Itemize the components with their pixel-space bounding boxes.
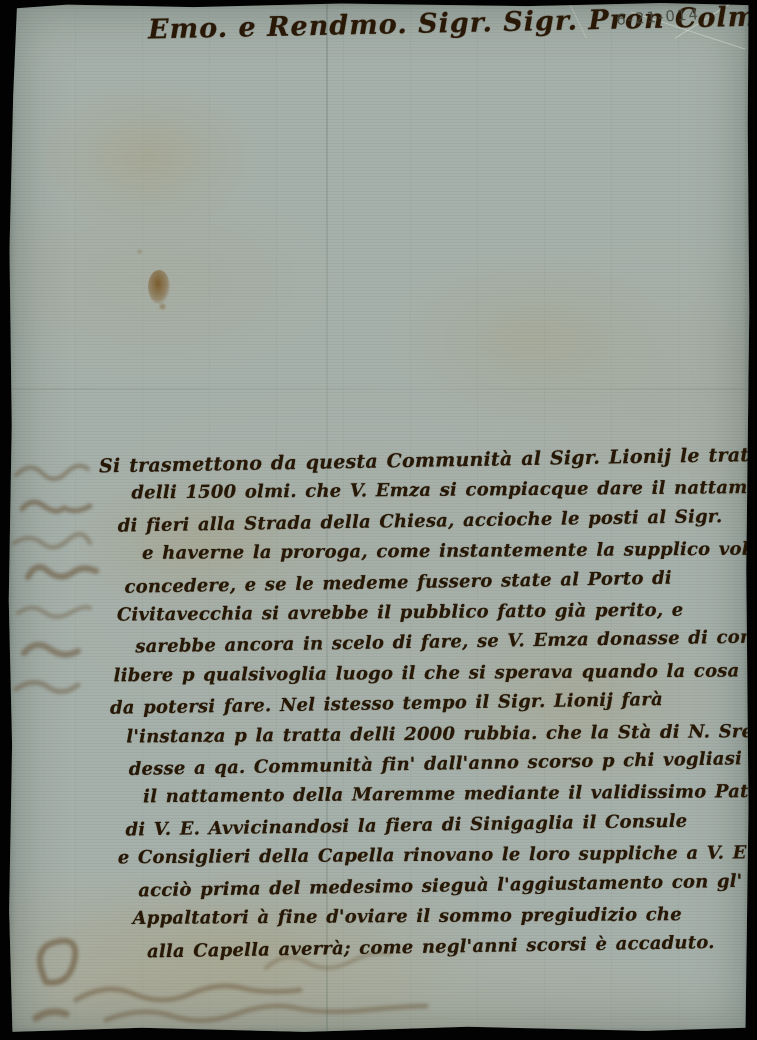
scan-background: Emo. e Rendmo. Sigr. Sigr. Pron Colmo. 6… bbox=[0, 0, 757, 1040]
salutation: Emo. e Rendmo. Sigr. Sigr. Pron Colmo. bbox=[148, 7, 479, 48]
paper-stain bbox=[388, 252, 668, 422]
ink-stain bbox=[148, 270, 170, 304]
paper-stain bbox=[38, 82, 258, 232]
letter-body: Si trasmettono da questa Communità al Si… bbox=[83, 442, 741, 967]
foxing-spot bbox=[158, 302, 167, 311]
foxing-spot bbox=[136, 248, 143, 255]
letter-page: Emo. e Rendmo. Sigr. Sigr. Pron Colmo. 6… bbox=[8, 2, 750, 1034]
